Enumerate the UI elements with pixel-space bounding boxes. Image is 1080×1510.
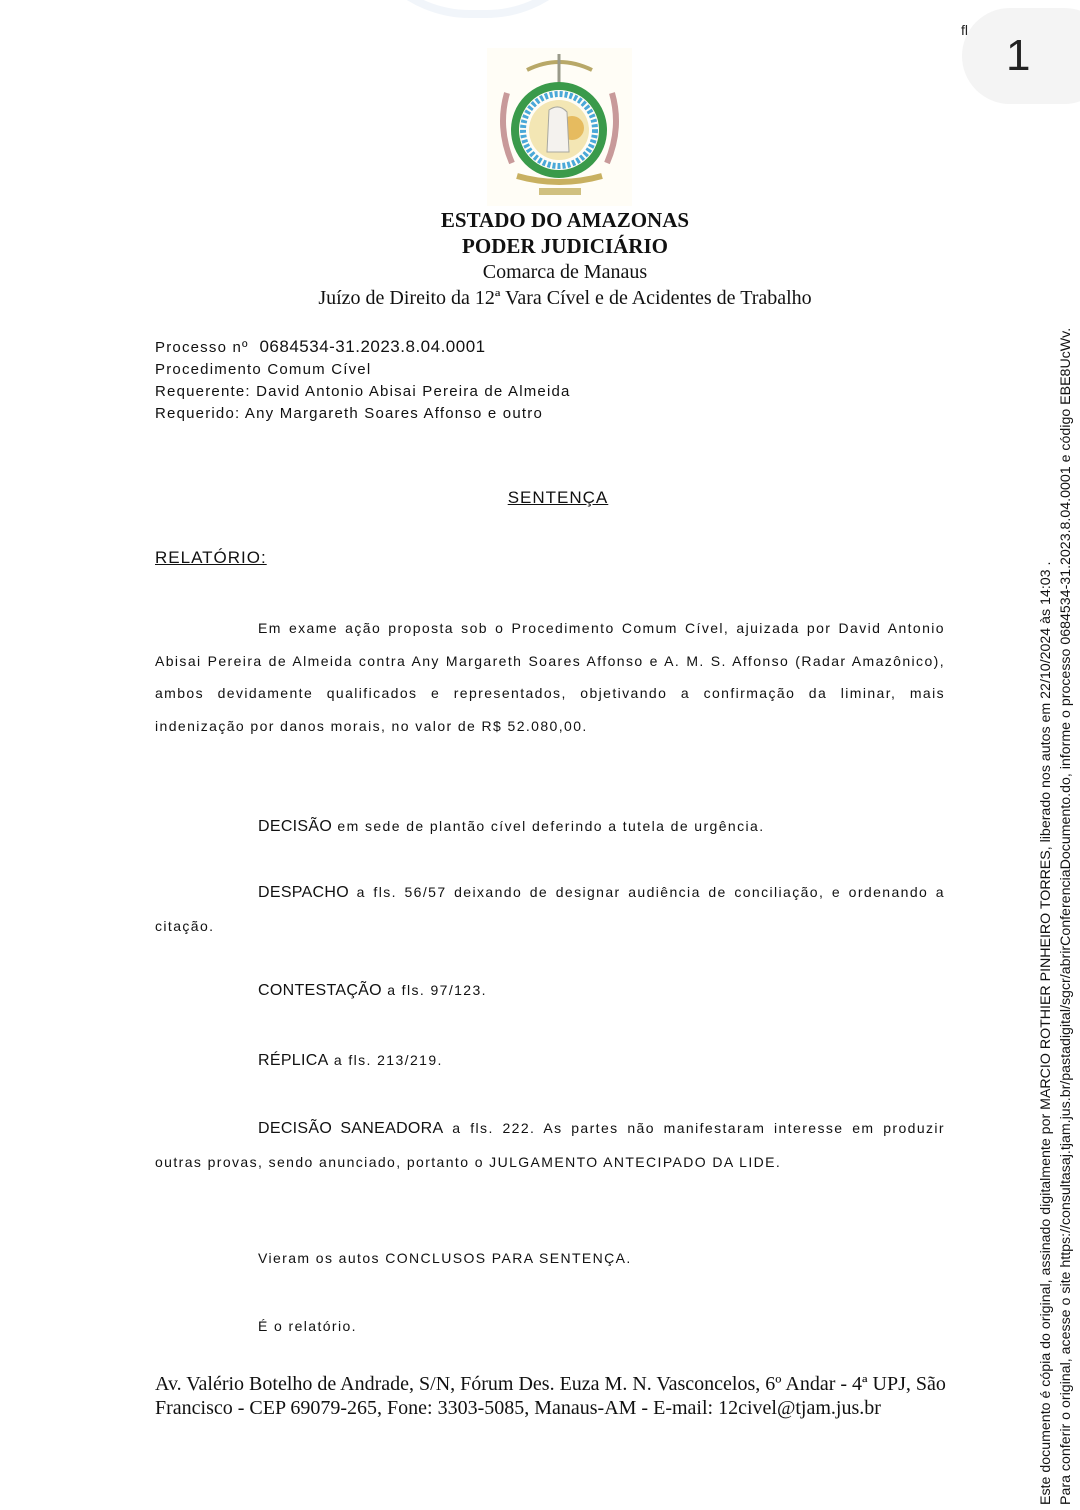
paragraph: Em exame ação proposta sob o Procediment… (155, 612, 945, 742)
page-number: 1 (1006, 31, 1030, 80)
paragraph: Vieram os autos CONCLUSOS PARA SENTENÇA. (155, 1242, 945, 1275)
plaintiff: Requerente: David Antonio Abisai Pereira… (155, 381, 571, 403)
process-line: Processo nº 0684534-31.2023.8.04.0001 (155, 336, 571, 359)
paragraph: DECISÃO SANEADORA a fls. 222. As partes … (155, 1112, 945, 1178)
digital-signature-note: Este documento é cópia do original, assi… (1036, 328, 1076, 1505)
amazonas-judiciary-crest-icon (487, 48, 632, 206)
paragraph: DESPACHO a fls. 56/57 deixando de design… (155, 876, 945, 942)
case-metadata: Processo nº 0684534-31.2023.8.04.0001 Pr… (155, 336, 571, 425)
defendant: Requerido: Any Margareth Soares Affonso … (155, 403, 571, 425)
watermark-arc (350, 0, 606, 18)
paragraph: RÉPLICA a fls. 213/219. (155, 1044, 945, 1078)
signature-line: Este documento é cópia do original, assi… (1036, 328, 1056, 1505)
procedure-type: Procedimento Comum Cível (155, 359, 571, 381)
document-title: SENTENÇA (0, 488, 1080, 508)
process-number: 0684534-31.2023.8.04.0001 (259, 337, 485, 356)
header-district: Comarca de Manaus (0, 259, 1080, 285)
paragraph: DECISÃO em sede de plantão cível deferin… (155, 810, 945, 844)
paragraph: É o relatório. (155, 1310, 945, 1343)
verification-line: Para conferir o original, acesse o site … (1056, 328, 1076, 1505)
paragraph: CONTESTAÇÃO a fls. 97/123. (155, 974, 945, 1008)
header-court: Juízo de Direito da 12ª Vara Cível e de … (0, 285, 1080, 311)
process-label: Processo nº (155, 339, 249, 356)
court-address: Av. Valério Botelho de Andrade, S/N, Fór… (155, 1372, 955, 1420)
header-state: ESTADO DO AMAZONAS (0, 207, 1080, 233)
page-number-badge: 1 (962, 8, 1080, 104)
document-header: ESTADO DO AMAZONAS PODER JUDICIÁRIO Coma… (0, 207, 1080, 311)
folio-label: fl (961, 22, 968, 38)
header-power: PODER JUDICIÁRIO (0, 233, 1080, 259)
section-title: RELATÓRIO: (155, 548, 267, 568)
